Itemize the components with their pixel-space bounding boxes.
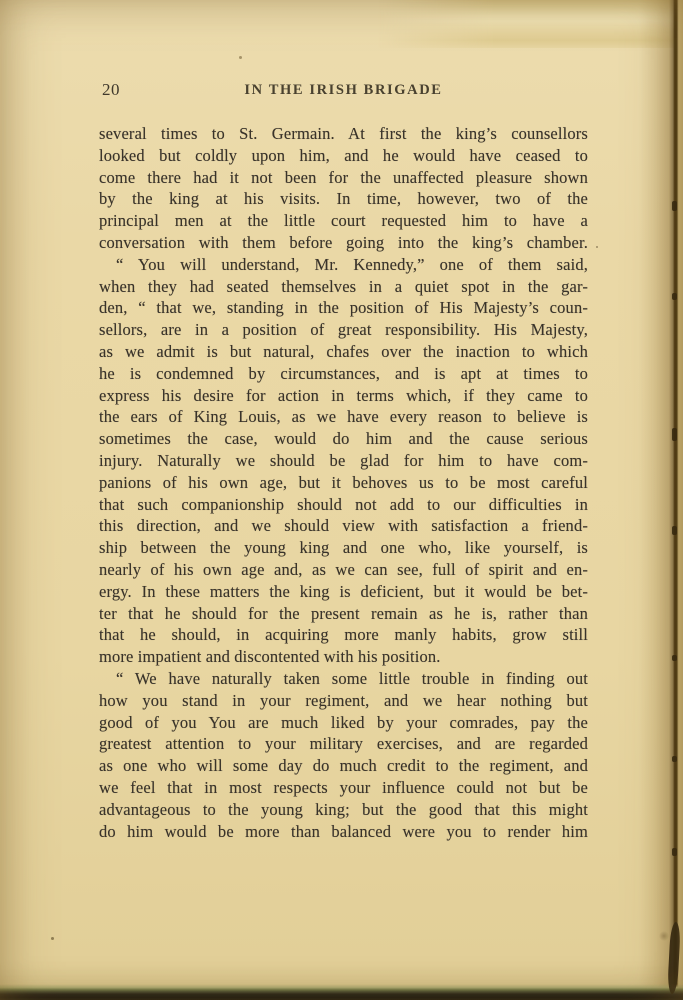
text-line: more impatient and discontented with his…	[99, 646, 588, 668]
text-line: “ You will understand, Mr. Kennedy,” one…	[99, 254, 588, 276]
scan-speck	[672, 848, 677, 856]
text-line: nearly of his own age and, as we can see…	[99, 559, 588, 581]
scan-speck	[672, 428, 677, 441]
text-line: he is condemned by circumstances, and is…	[99, 363, 588, 385]
scan-exposure-bands	[378, 0, 683, 48]
text-line: by the king at his visits. In time, howe…	[99, 188, 588, 210]
text-line: den, “ that we, standing in the position…	[99, 297, 588, 319]
paper-speck	[51, 937, 54, 940]
scan-speck	[672, 201, 677, 211]
text-line: conversation with them before going into…	[99, 232, 588, 254]
page-header: 20 IN THE IRISH BRIGADE	[99, 80, 588, 102]
text-line: sellors, are in a position of great resp…	[99, 319, 588, 341]
book-page-scan: 20 IN THE IRISH BRIGADE several times to…	[0, 0, 683, 1000]
paper-smudge	[659, 931, 669, 941]
text-line: ergy. In these matters the king is defic…	[99, 581, 588, 603]
text-line: greatest attention to your military exer…	[99, 733, 588, 755]
scan-speck	[672, 293, 677, 300]
paper-speck	[239, 56, 242, 59]
text-line: as one who will some day do much credit …	[99, 755, 588, 777]
text-line: ship between the young king and one who,…	[99, 537, 588, 559]
text-line: good of you You are much liked by your c…	[99, 712, 588, 734]
page-number: 20	[102, 80, 120, 100]
text-line: injury. Naturally we should be glad for …	[99, 450, 588, 472]
text-line: this direction, and we should view with …	[99, 515, 588, 537]
text-line: “ We have naturally taken some little tr…	[99, 668, 588, 690]
scan-speck	[672, 655, 677, 661]
text-line: express his desire for action in terms w…	[99, 385, 588, 407]
scan-speck	[672, 526, 677, 535]
paper-speck	[596, 246, 598, 248]
text-line: the ears of King Louis, as we have every…	[99, 406, 588, 428]
text-line: how you stand in your regiment, and we h…	[99, 690, 588, 712]
text-line: looked but coldly upon him, and he would…	[99, 145, 588, 167]
text-line: advantageous to the young king; but the …	[99, 799, 588, 821]
text-line: that he should, in acquiring more manly …	[99, 624, 588, 646]
running-header: IN THE IRISH BRIGADE	[99, 80, 588, 99]
text-line: do him would be more than balanced were …	[99, 821, 588, 843]
text-line: come there had it not been for the unaff…	[99, 167, 588, 189]
scan-bottom-strip	[0, 984, 683, 1000]
text-line: we feel that in most respects your influ…	[99, 777, 588, 799]
text-line: panions of his own age, but it behoves u…	[99, 472, 588, 494]
text-line: several times to St. Germain. At first t…	[99, 123, 588, 145]
page-body: several times to St. Germain. At first t…	[99, 123, 588, 842]
text-line: when they had seated themselves in a qui…	[99, 276, 588, 298]
text-line: sometimes the case, would do him and the…	[99, 428, 588, 450]
text-line: as we admit is but natural, chafes over …	[99, 341, 588, 363]
text-line: that such companionship should not add t…	[99, 494, 588, 516]
scan-speck	[672, 756, 677, 762]
text-line: ter that he should for the present remai…	[99, 603, 588, 625]
text-line: principal men at the little court reques…	[99, 210, 588, 232]
